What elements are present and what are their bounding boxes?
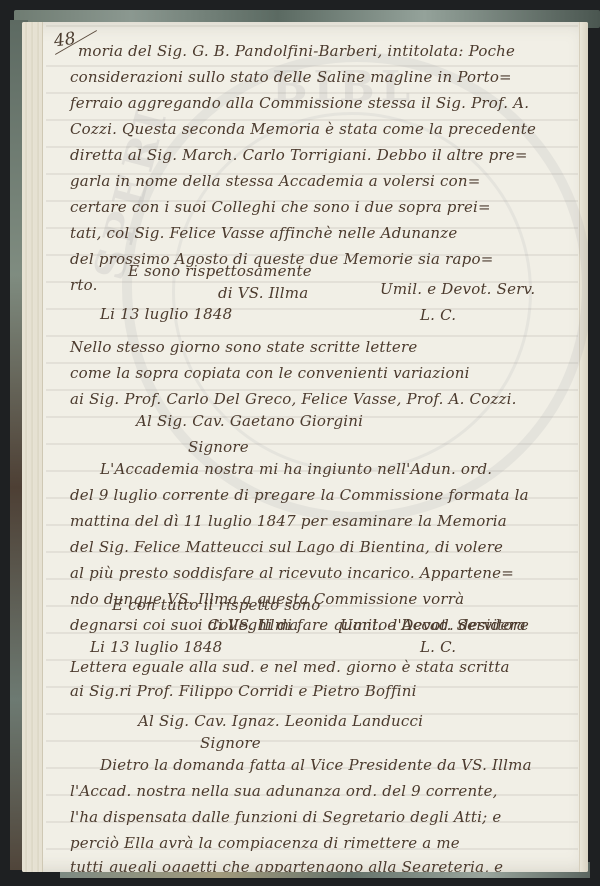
manuscript-line: ai Sig. Prof. Carlo Del Greco, Felice Va… (70, 390, 517, 408)
manuscript-line: Al Sig. Cav. Gaetano Giorgini (136, 412, 363, 430)
manuscript-line: Lettera eguale alla sud. e nel med. gior… (70, 658, 510, 676)
manuscript-line: Li 13 luglio 1848 (90, 638, 222, 656)
manuscript-line: di VS. Illma (208, 616, 298, 634)
manuscript-line: ferraio aggregando alla Commissione stes… (70, 94, 529, 112)
manuscript-page: BIBL SPERI 48 moria del Sig. G. B. Pando… (22, 22, 588, 872)
manuscript-line: moria del Sig. G. B. Pandolfini-Barberi,… (78, 42, 515, 60)
manuscript-line: considerazioni sullo stato delle Saline … (70, 68, 512, 86)
manuscript-line: rto. (70, 276, 98, 294)
manuscript-line: ai Sig.ri Prof. Filippo Corridi e Pietro… (70, 682, 417, 700)
manuscript-scan: BIBL SPERI 48 moria del Sig. G. B. Pando… (0, 0, 600, 886)
manuscript-line: E con tutto il rispetto sono (112, 596, 321, 614)
manuscript-line: Li 13 luglio 1848 (100, 305, 232, 323)
manuscript-line: tati, col Sig. Felice Vasse affinchè nel… (70, 224, 457, 242)
manuscript-line: mattina del dì 11 luglio 1847 per esamin… (70, 512, 507, 530)
manuscript-line: Signore (200, 734, 261, 752)
manuscript-line: tutti quegli oggetti che appartengono al… (70, 858, 503, 872)
manuscript-line: di VS. Illma (218, 284, 308, 302)
manuscript-line: L'Accademia nostra mi ha ingiunto nell'A… (100, 460, 492, 478)
manuscript-line: del Sig. Felice Matteucci sul Lago di Bi… (70, 538, 503, 556)
manuscript-line: Nello stesso giorno sono state scritte l… (70, 338, 417, 356)
manuscript-line: Dietro la domanda fatta al Vice Presiden… (100, 756, 532, 774)
manuscript-line: E sono rispettosamente (128, 262, 312, 280)
manuscript-line: Umil. e Devot. Servitore (340, 616, 529, 634)
manuscript-line: L. C. (420, 306, 456, 324)
manuscript-line: Cozzi. Questa seconda Memoria è stata co… (70, 120, 536, 138)
manuscript-line: Signore (188, 438, 249, 456)
manuscript-line: garla in nome della stessa Accademia a v… (70, 172, 480, 190)
manuscript-line: certare con i suoi Colleghi che sono i d… (70, 198, 491, 216)
manuscript-line: l'Accad. nostra nella sua adunanza ord. … (70, 782, 498, 800)
manuscript-line: del 9 luglio corrente di pregare la Comm… (70, 486, 529, 504)
manuscript-line: come la sopra copiata con le convenienti… (70, 364, 470, 382)
page-stack-edge-left (22, 22, 43, 872)
manuscript-line: L. C. (420, 638, 456, 656)
manuscript-line: l'ha dispensata dalle funzioni di Segret… (70, 808, 501, 826)
manuscript-line: Umil. e Devot. Serv. (380, 280, 535, 298)
manuscript-line: perciò Ella avrà la compiacenza di rimet… (70, 834, 460, 852)
manuscript-line: Al Sig. Cav. Ignaz. Leonida Landucci (138, 712, 423, 730)
manuscript-line: al più presto soddisfare al ricevuto inc… (70, 564, 514, 582)
page-stack-edge-right (579, 22, 588, 872)
manuscript-line: diretta al Sig. March. Carlo Torrigiani.… (70, 146, 528, 164)
